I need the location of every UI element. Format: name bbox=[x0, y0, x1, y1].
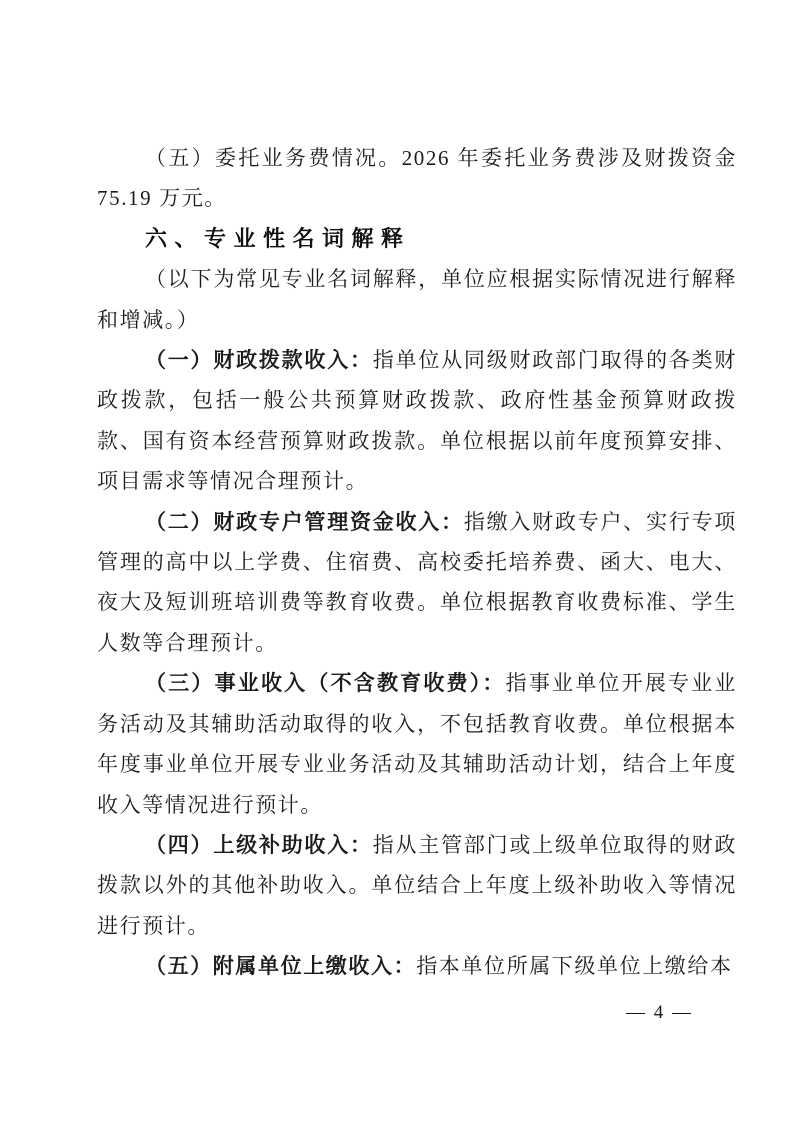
paragraph: （以下为常见专业名词解释，单位应根据实际情况进行解释和增减。） bbox=[97, 259, 737, 340]
section-heading: 六、专业性名词解释 bbox=[97, 219, 737, 259]
paragraph: （四）上级补助收入：指从主管部门或上级单位取得的财政拨款以外的其他补助收入。单位… bbox=[97, 825, 737, 946]
term-label: 六、专业性名词解释 bbox=[145, 226, 411, 251]
paragraph: （一）财政拨款收入：指单位从同级财政部门取得的各类财政拨款，包括一般公共预算财政… bbox=[97, 340, 737, 502]
paragraph: （五）委托业务费情况。2026 年委托业务费涉及财拨资金 75.19 万元。 bbox=[97, 138, 737, 219]
page-number: — 4 — bbox=[626, 1002, 693, 1024]
text-run: （以下为常见专业名词解释，单位应根据实际情况进行解释和增减。） bbox=[97, 267, 737, 331]
document-body: （五）委托业务费情况。2026 年委托业务费涉及财拨资金 75.19 万元。六、… bbox=[97, 138, 737, 987]
term-label: （三）事业收入（不含教育收费）： bbox=[145, 671, 506, 695]
document-page: （五）委托业务费情况。2026 年委托业务费涉及财拨资金 75.19 万元。六、… bbox=[0, 0, 794, 1123]
paragraph: （二）财政专户管理资金收入：指缴入财政专户、实行专项管理的高中以上学费、住宿费、… bbox=[97, 502, 737, 664]
term-label: （五）附属单位上缴收入： bbox=[145, 954, 416, 978]
term-label: （二）财政专户管理资金收入： bbox=[145, 510, 464, 534]
term-label: （一）财政拨款收入： bbox=[145, 348, 373, 372]
text-run: 指本单位所属下级单位上缴给本 bbox=[416, 954, 732, 978]
paragraph: （三）事业收入（不含教育收费）：指事业单位开展专业业务活动及其辅助活动取得的收入… bbox=[97, 663, 737, 825]
term-label: （四）上级补助收入： bbox=[145, 833, 373, 857]
paragraph: （五）附属单位上缴收入：指本单位所属下级单位上缴给本 bbox=[97, 946, 737, 986]
text-run: （五）委托业务费情况。2026 年委托业务费涉及财拨资金 75.19 万元。 bbox=[97, 146, 737, 210]
